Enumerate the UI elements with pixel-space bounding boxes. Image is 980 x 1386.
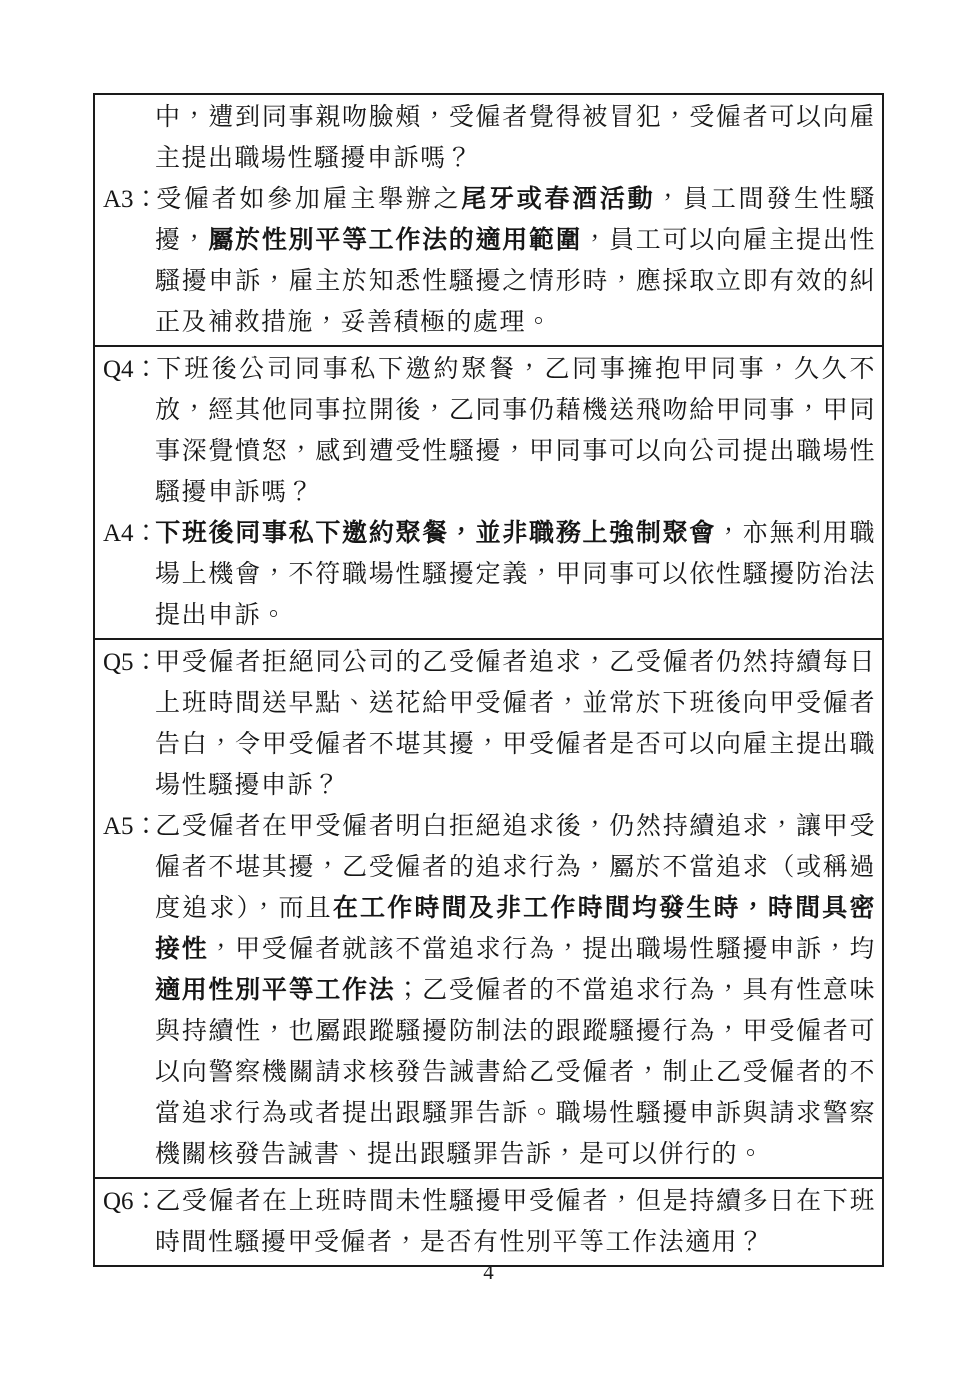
- qa-paragraph: A4：下班後同事私下邀約聚餐，並非職務上強制聚會，亦無利用職場上機會，不符職場性…: [103, 513, 876, 636]
- text-segment: 甲受僱者拒絕同公司的乙受僱者追求，乙受僱者仍然持續每日上班時間送早點、送花給甲受…: [155, 649, 876, 799]
- text-segment: ；乙受僱者的不當追求行為，具有性意味與持續性，也屬跟蹤騷擾防制法的跟蹤騷擾行為，…: [155, 977, 876, 1168]
- qa-table: 中，遭到同事親吻臉頰，受僱者覺得被冒犯，受僱者可以向雇主提出職場性騷擾申訴嗎？A…: [93, 93, 884, 1267]
- qa-row: Q6：乙受僱者在上班時間未性騷擾甲受僱者，但是持續多日在下班時間性騷擾甲受僱者，…: [95, 1177, 882, 1265]
- qa-row: Q4：下班後公司同事私下邀約聚餐，乙同事擁抱甲同事，久久不放，經其他同事拉開後，…: [95, 345, 882, 638]
- text-segment: 適用性別平等工作法: [155, 977, 395, 1004]
- text-segment: 尾牙或春酒活動: [461, 186, 655, 213]
- text-segment: 受僱者如參加雇主舉辦之: [155, 186, 461, 213]
- qa-paragraph: Q6：乙受僱者在上班時間未性騷擾甲受僱者，但是持續多日在下班時間性騷擾甲受僱者，…: [103, 1181, 876, 1263]
- text-segment: 下班後同事私下邀約聚餐，並非職務上強制聚會: [155, 520, 716, 547]
- qa-paragraph: Q5：甲受僱者拒絕同公司的乙受僱者追求，乙受僱者仍然持續每日上班時間送早點、送花…: [103, 642, 876, 806]
- qa-paragraph: 中，遭到同事親吻臉頰，受僱者覺得被冒犯，受僱者可以向雇主提出職場性騷擾申訴嗎？: [103, 97, 876, 179]
- qa-label: A3：: [103, 179, 155, 220]
- document-page: 中，遭到同事親吻臉頰，受僱者覺得被冒犯，受僱者可以向雇主提出職場性騷擾申訴嗎？A…: [0, 0, 980, 1386]
- qa-paragraph: A3：受僱者如參加雇主舉辦之尾牙或春酒活動，員工間發生性騷擾，屬於性別平等工作法…: [103, 179, 876, 343]
- page-number: 4: [93, 1260, 884, 1285]
- text-segment: 下班後公司同事私下邀約聚餐，乙同事擁抱甲同事，久久不放，經其他同事拉開後，乙同事…: [155, 356, 876, 506]
- qa-label: A4：: [103, 513, 155, 554]
- qa-label: Q5：: [103, 642, 155, 683]
- text-segment: 乙受僱者在上班時間未性騷擾甲受僱者，但是持續多日在下班時間性騷擾甲受僱者，是否有…: [155, 1188, 876, 1256]
- text-segment: 屬於性別平等工作法的適用範圍: [208, 227, 582, 254]
- qa-label: Q6：: [103, 1181, 155, 1222]
- qa-label: Q4：: [103, 349, 155, 390]
- qa-paragraph: A5：乙受僱者在甲受僱者明白拒絕追求後，仍然持續追求，讓甲受僱者不堪其擾，乙受僱…: [103, 806, 876, 1175]
- qa-label: A5：: [103, 806, 155, 847]
- qa-row: 中，遭到同事親吻臉頰，受僱者覺得被冒犯，受僱者可以向雇主提出職場性騷擾申訴嗎？A…: [95, 95, 882, 345]
- qa-row: Q5：甲受僱者拒絕同公司的乙受僱者追求，乙受僱者仍然持續每日上班時間送早點、送花…: [95, 638, 882, 1177]
- text-segment: ，甲受僱者就該不當追求行為，提出職場性騷擾申訴，均: [208, 936, 876, 963]
- text-segment: 中，遭到同事親吻臉頰，受僱者覺得被冒犯，受僱者可以向雇主提出職場性騷擾申訴嗎？: [155, 104, 876, 172]
- qa-paragraph: Q4：下班後公司同事私下邀約聚餐，乙同事擁抱甲同事，久久不放，經其他同事拉開後，…: [103, 349, 876, 513]
